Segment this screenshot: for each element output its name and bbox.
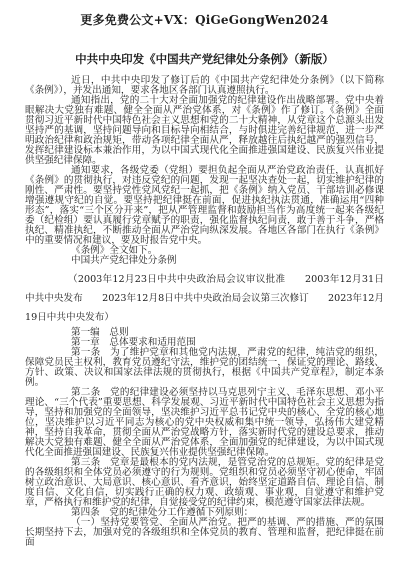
paragraph-notice-requirements: 通知要求，各级党委（党组）要担负起全面从严治党政治责任，认真抓好《条例》的贯彻执…: [25, 166, 384, 246]
document-title: 中共中央印发《中国共产党纪律处分条例》（新版）: [0, 53, 409, 66]
document-body: 近日，中共中央印发了修订后的《中国共产党纪律处分条例》（以下简称《条例》），并发…: [25, 76, 384, 548]
regulation-dates-note: （2003年12月23日中共中央政治局会议审议批准 2003年12月31日中共中…: [25, 270, 384, 327]
article-2: 第二条 党的纪律建设必须坚持以马克思列宁主义、毛泽东思想、邓小平理论、“三个代表…: [25, 388, 384, 458]
article-1: 第一条 为了维护党章和其他党内法规，严肃党的纪律，纯洁党的组织，保障党员民主权利…: [25, 348, 384, 388]
regulation-title-line: 中国共产党纪律处分条例: [25, 256, 384, 266]
paragraph-notice-points: 通知指出，党的二十大对全面加强党的纪律建设作出战略部署。党中央着眼解决大党独有难…: [25, 96, 384, 166]
article-3: 第三条 党章是最根本的党内法规，是管党治党的总规矩。党的纪律是党的各级组织和全体…: [25, 458, 384, 508]
document-page: 更多免费公文+VX：QiGeGongWen2024 中共中央印发《中国共产党纪律…: [0, 0, 409, 580]
paragraph-intro: 近日，中共中央印发了修订后的《中国共产党纪律处分条例》（以下简称《条例》），并发…: [25, 76, 384, 96]
article-4-item-1: （一）坚持党要管党、全面从严治党。把严的基调、严的措施、严的氛围长期坚持下去，加…: [25, 518, 384, 548]
promo-header: 更多免费公文+VX：QiGeGongWen2024: [0, 0, 409, 27]
